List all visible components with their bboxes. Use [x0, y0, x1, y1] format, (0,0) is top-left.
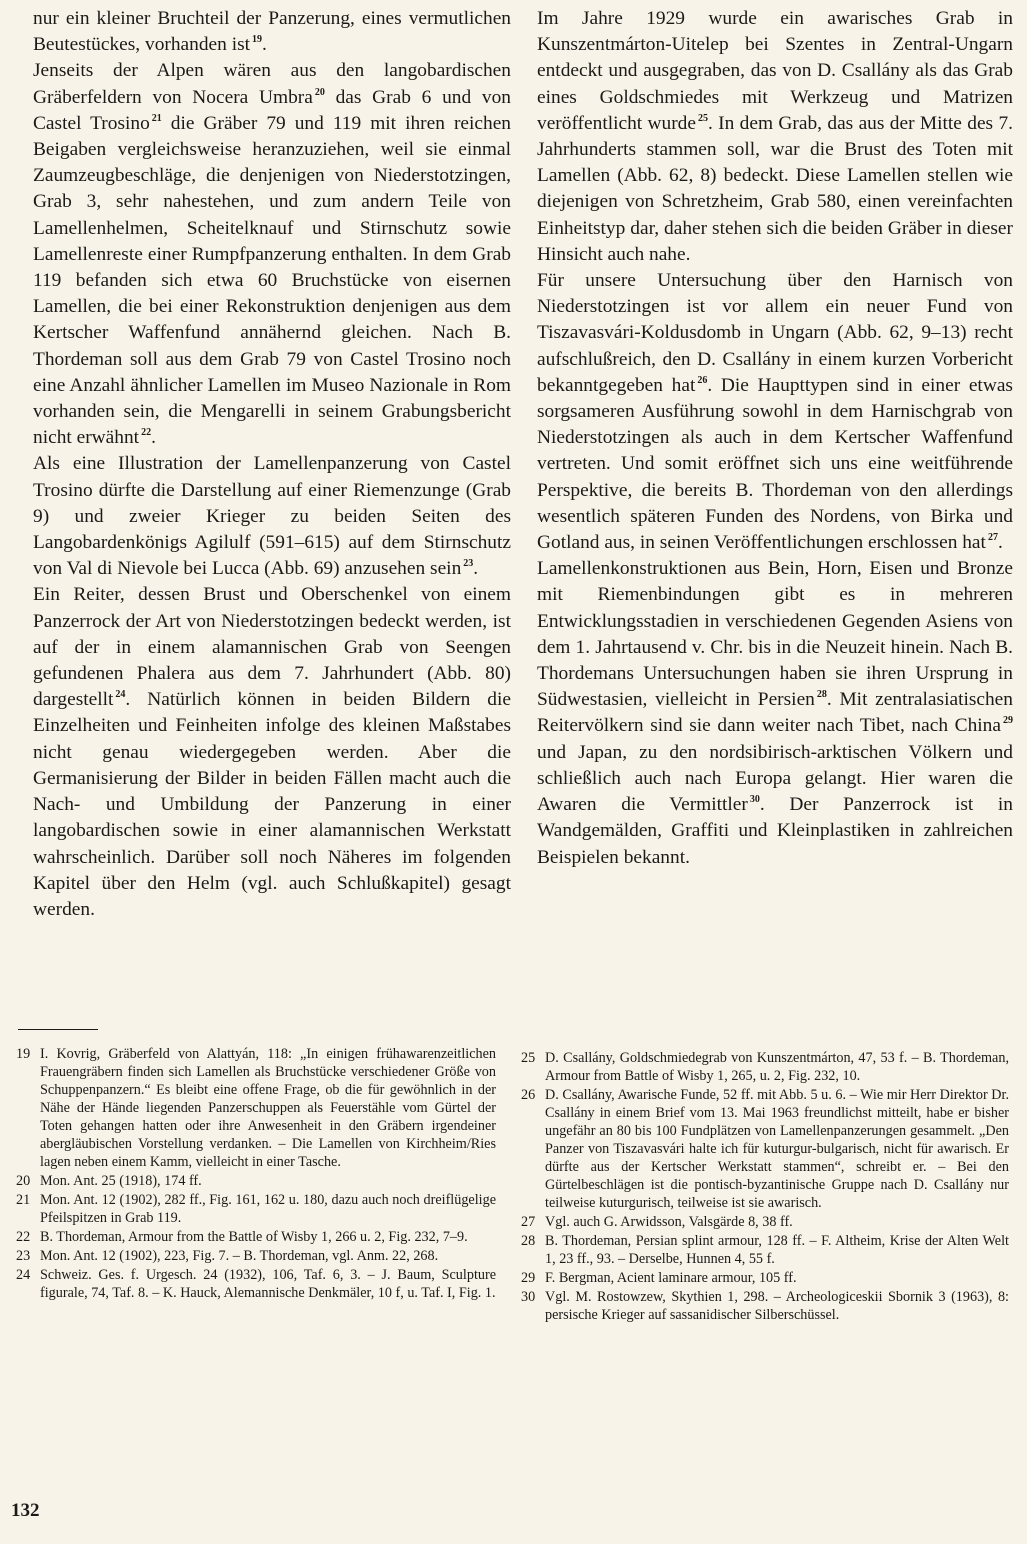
footnotes-left: 19I. Kovrig, Gräberfeld von Alattyán, 11… — [16, 1045, 496, 1303]
footnote-text: Vgl. auch G. Arwidsson, Valsgärde 8, 38 … — [545, 1213, 1009, 1231]
footnote-ref[interactable]: 24 — [115, 689, 125, 700]
footnote-text: D. Csallány, Goldschmiedegrab von Kunsze… — [545, 1049, 1009, 1085]
footnote-number: 27 — [521, 1213, 545, 1231]
footnote-number: 25 — [521, 1049, 545, 1085]
footnote-text: F. Bergman, Acient laminare armour, 105 … — [545, 1269, 1009, 1287]
footnote: 26D. Csallány, Awarische Funde, 52 ff. m… — [521, 1086, 1009, 1212]
footnote-number: 29 — [521, 1269, 545, 1287]
footnote-number: 20 — [16, 1172, 40, 1190]
paragraph-text: . — [262, 34, 267, 55]
footnote-ref[interactable]: 28 — [817, 689, 827, 700]
paragraph-text: . In dem Grab, das aus der Mitte des 7. … — [537, 113, 1013, 265]
page-number: 132 — [11, 1500, 40, 1522]
footnote-text: Vgl. M. Rostowzew, Skythien 1, 298. – Ar… — [545, 1288, 1009, 1324]
footnote-ref[interactable]: 30 — [750, 794, 760, 805]
footnote-ref[interactable]: 21 — [152, 113, 162, 124]
paragraph: Lamellenkonstruktionen aus Bein, Horn, E… — [537, 556, 1013, 870]
paragraph-text: . — [151, 427, 156, 448]
footnote-ref[interactable]: 25 — [698, 113, 708, 124]
footnote: 21Mon. Ant. 12 (1902), 282 ff., Fig. 161… — [16, 1191, 496, 1227]
footnote: 20Mon. Ant. 25 (1918), 174 ff. — [16, 1172, 496, 1190]
footnote-number: 22 — [16, 1228, 40, 1246]
footnote: 30Vgl. M. Rostowzew, Skythien 1, 298. – … — [521, 1288, 1009, 1324]
paragraph-text: nur ein kleiner Bruchteil der Panzerung,… — [33, 8, 511, 55]
paragraph: Jenseits der Alpen wären aus den langoba… — [33, 58, 511, 451]
footnote-ref[interactable]: 26 — [697, 375, 707, 386]
footnote-ref[interactable]: 23 — [463, 558, 473, 569]
footnote-number: 23 — [16, 1247, 40, 1265]
footnote-number: 26 — [521, 1086, 545, 1212]
paragraph: Ein Reiter, dessen Brust und Oberschenke… — [33, 582, 511, 923]
footnote-number: 19 — [16, 1045, 40, 1171]
paragraph: nur ein kleiner Bruchteil der Panzerung,… — [33, 6, 511, 58]
footnote: 24Schweiz. Ges. f. Urgesch. 24 (1932), 1… — [16, 1266, 496, 1302]
paragraph-text: Als eine Illustration der Lamellenpanzer… — [33, 453, 511, 579]
paragraph-text: . — [998, 532, 1003, 553]
footnote: 22B. Thordeman, Armour from the Battle o… — [16, 1228, 496, 1246]
footnote-text: I. Kovrig, Gräberfeld von Alattyán, 118:… — [40, 1045, 496, 1171]
footnote-ref[interactable]: 29 — [1003, 715, 1013, 726]
body-column-left: nur ein kleiner Bruchteil der Panzerung,… — [33, 6, 511, 923]
footnote-text: Mon. Ant. 12 (1902), 223, Fig. 7. – B. T… — [40, 1247, 496, 1265]
footnote: 28B. Thordeman, Persian splint armour, 1… — [521, 1232, 1009, 1268]
footnote: 29F. Bergman, Acient laminare armour, 10… — [521, 1269, 1009, 1287]
footnote-text: D. Csallány, Awarische Funde, 52 ff. mit… — [545, 1086, 1009, 1212]
footnote-text: B. Thordeman, Persian splint armour, 128… — [545, 1232, 1009, 1268]
footnote-number: 28 — [521, 1232, 545, 1268]
body-column-right: Im Jahre 1929 wurde ein awarisches Grab … — [537, 6, 1013, 871]
footnote-separator — [18, 1029, 98, 1030]
footnote-number: 21 — [16, 1191, 40, 1227]
footnote: 25D. Csallány, Goldschmiedegrab von Kuns… — [521, 1049, 1009, 1085]
paragraph: Für unsere Untersuchung über den Harnisc… — [537, 268, 1013, 556]
footnote: 19I. Kovrig, Gräberfeld von Alattyán, 11… — [16, 1045, 496, 1171]
footnote-ref[interactable]: 20 — [315, 87, 325, 98]
footnote-number: 30 — [521, 1288, 545, 1324]
paragraph-text: Lamellenkonstruktionen aus Bein, Horn, E… — [537, 558, 1013, 710]
footnote: 23Mon. Ant. 12 (1902), 223, Fig. 7. – B.… — [16, 1247, 496, 1265]
paragraph-text: die Gräber 79 und 119 mit ihren reichen … — [33, 113, 511, 448]
paragraph: Im Jahre 1929 wurde ein awarisches Grab … — [537, 6, 1013, 268]
footnote-text: Mon. Ant. 12 (1902), 282 ff., Fig. 161, … — [40, 1191, 496, 1227]
paragraph: Als eine Illustration der Lamellenpanzer… — [33, 451, 511, 582]
footnote-number: 24 — [16, 1266, 40, 1302]
footnote-text: Schweiz. Ges. f. Urgesch. 24 (1932), 106… — [40, 1266, 496, 1302]
paragraph-text: . — [473, 558, 478, 579]
paragraph-text: . Die Haupttypen sind in einer etwas sor… — [537, 375, 1013, 553]
paragraph-text: . Natürlich können in beiden Bildern die… — [33, 689, 511, 920]
footnote-ref[interactable]: 22 — [141, 427, 151, 438]
footnotes-right: 25D. Csallány, Goldschmiedegrab von Kuns… — [521, 1049, 1009, 1325]
footnote-text: Mon. Ant. 25 (1918), 174 ff. — [40, 1172, 496, 1190]
footnote-ref[interactable]: 19 — [252, 34, 262, 45]
footnote-text: B. Thordeman, Armour from the Battle of … — [40, 1228, 496, 1246]
footnote-ref[interactable]: 27 — [988, 532, 998, 543]
footnote: 27Vgl. auch G. Arwidsson, Valsgärde 8, 3… — [521, 1213, 1009, 1231]
